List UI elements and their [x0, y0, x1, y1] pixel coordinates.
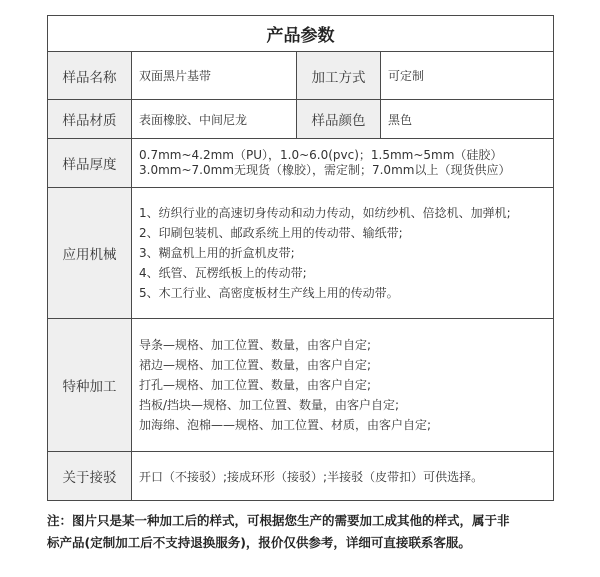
label-processing-method: 加工方式	[297, 52, 381, 100]
special-item: 导条—规格、加工位置、数量，由客户自定;	[139, 335, 553, 355]
application-item: 1、纺织行业的高速切身传动和动力传动，如纺纱机、倍捻机、加弹机;	[139, 203, 553, 223]
special-item: 加海绵、泡棉——规格、加工位置、材质，由客户自定;	[139, 415, 553, 435]
table-row-name: 样品名称 双面黑片基带 加工方式 可定制	[48, 52, 554, 100]
label-sample-name: 样品名称	[48, 52, 132, 100]
label-special-processing: 特种加工	[48, 319, 132, 452]
application-item: 3、糊盒机上用的折盒机皮带;	[139, 243, 553, 263]
value-processing-method: 可定制	[381, 52, 554, 100]
application-item: 5、木工行业、高密度板材生产线上用的传动带。	[139, 283, 553, 303]
application-item: 2、印刷包装机、邮政系统上用的传动带、输纸带;	[139, 223, 553, 243]
value-application: 1、纺织行业的高速切身传动和动力传动，如纺纱机、倍捻机、加弹机; 2、印刷包装机…	[132, 188, 554, 319]
product-spec-table: 产品参数 样品名称 双面黑片基带 加工方式 可定制 样品材质 表面橡胶、中间尼龙…	[47, 15, 554, 501]
table-title-row: 产品参数	[48, 16, 554, 52]
label-splice: 关于接驳	[48, 452, 132, 501]
value-sample-name: 双面黑片基带	[132, 52, 297, 100]
table-row-splice: 关于接驳 开口（不接驳）;接成环形（接驳）;半接驳（皮带扣）可供选择。	[48, 452, 554, 501]
value-splice: 开口（不接驳）;接成环形（接驳）;半接驳（皮带扣）可供选择。	[132, 452, 554, 501]
value-sample-color: 黑色	[381, 100, 554, 139]
thickness-line: 0.7mm~4.2mm（PU），1.0~6.0(pvc)；1.5mm~5mm（硅…	[139, 148, 553, 163]
footnote-line-2: 标产品(定制加工后不支持退换服务)，报价仅供参考，详细可直接联系客服。	[47, 532, 559, 554]
special-item: 裙边—规格、加工位置、数量，由客户自定;	[139, 355, 553, 375]
value-sample-thickness: 0.7mm~4.2mm（PU），1.0~6.0(pvc)；1.5mm~5mm（硅…	[132, 139, 554, 188]
label-sample-thickness: 样品厚度	[48, 139, 132, 188]
value-special-processing: 导条—规格、加工位置、数量，由客户自定; 裙边—规格、加工位置、数量，由客户自定…	[132, 319, 554, 452]
footnote-line-1: 注：图片只是某一种加工后的样式，可根据您生产的需要加工成其他的样式，属于非	[47, 510, 559, 532]
table-row-application: 应用机械 1、纺织行业的高速切身传动和动力传动，如纺纱机、倍捻机、加弹机; 2、…	[48, 188, 554, 319]
special-item: 挡板/挡块—规格、加工位置、数量，由客户自定;	[139, 395, 553, 415]
label-sample-color: 样品颜色	[297, 100, 381, 139]
table-title: 产品参数	[48, 16, 554, 52]
application-item: 4、纸管、瓦楞纸板上的传动带;	[139, 263, 553, 283]
special-item: 打孔—规格、加工位置、数量，由客户自定;	[139, 375, 553, 395]
thickness-line: 3.0mm~7.0mm无现货（橡胶），需定制；7.0mm以上（现货供应）	[139, 163, 553, 178]
table-row-special: 特种加工 导条—规格、加工位置、数量，由客户自定; 裙边—规格、加工位置、数量，…	[48, 319, 554, 452]
value-sample-material: 表面橡胶、中间尼龙	[132, 100, 297, 139]
label-sample-material: 样品材质	[48, 100, 132, 139]
table-row-material: 样品材质 表面橡胶、中间尼龙 样品颜色 黑色	[48, 100, 554, 139]
table-row-thickness: 样品厚度 0.7mm~4.2mm（PU），1.0~6.0(pvc)；1.5mm~…	[48, 139, 554, 188]
footnote: 注：图片只是某一种加工后的样式，可根据您生产的需要加工成其他的样式，属于非 标产…	[47, 510, 559, 554]
label-application: 应用机械	[48, 188, 132, 319]
